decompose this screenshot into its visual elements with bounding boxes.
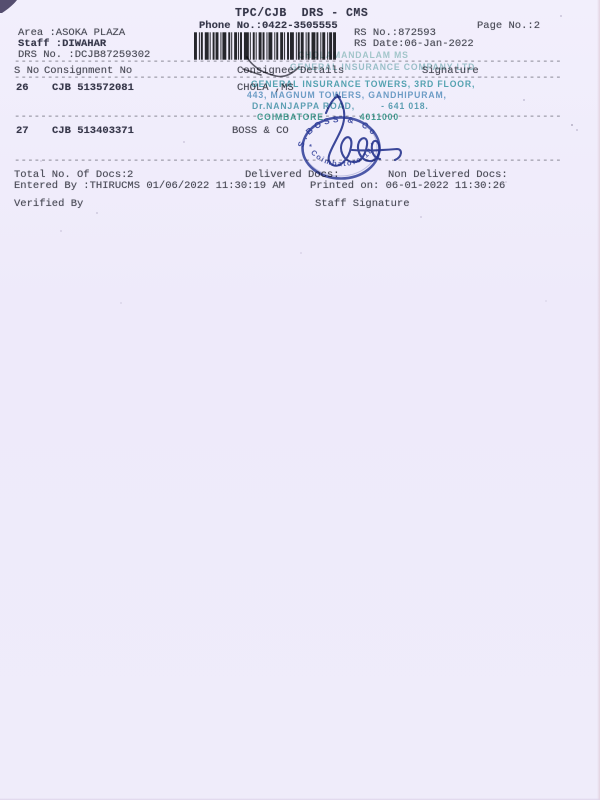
row-consignment-no: CJB 513572081 xyxy=(52,83,134,94)
row-consignment-no: CJB 513403371 xyxy=(52,126,134,137)
scan-noise xyxy=(0,0,2,2)
printed-on: Printed on: 06-01-2022 11:30:26 xyxy=(310,181,505,192)
phone-number: Phone No.:0422-3505555 xyxy=(199,21,338,32)
entered-by: Entered By :THIRUCMS 01/06/2022 11:30:19… xyxy=(14,181,285,192)
stamp-line: Dr.NANJAPPA ROAD, - 641 018. xyxy=(252,101,429,111)
stamp-line: CHOLAMANDALAM MS xyxy=(298,50,409,60)
row-s-no: 26 xyxy=(16,83,29,94)
row-consignee: BOSS & CO xyxy=(232,126,289,137)
verified-by-label: Verified By xyxy=(14,199,83,210)
scan-artifact-corner xyxy=(0,0,17,13)
rs-date: RS Date:06-Jan-2022 xyxy=(354,39,474,50)
stamp-line: 443, MAGNUM TOWERS, GANDHIPURAM, xyxy=(247,90,447,100)
col-header-s-no: S No xyxy=(14,66,39,77)
scanned-drs-document: TPC/CJB DRS - CMS Phone No.:0422-3505555… xyxy=(0,0,600,800)
page-title: TPC/CJB DRS - CMS xyxy=(235,8,368,19)
col-header-consignment-no: Consignment No xyxy=(44,66,132,77)
page-number: Page No.:2 xyxy=(477,21,540,32)
staff-signature-label: Staff Signature xyxy=(315,199,410,210)
separator-line: ----------------------------------------… xyxy=(14,156,560,167)
stamp-line: GENERAL INSURANCE TOWERS, 3RD FLOOR, xyxy=(251,79,475,89)
stamp-line: GENERAL INSURANCE COMPANY LTD xyxy=(290,62,475,72)
row-s-no: 27 xyxy=(16,126,29,137)
stamp-line: COIMBATORE 4011000 xyxy=(257,112,399,122)
